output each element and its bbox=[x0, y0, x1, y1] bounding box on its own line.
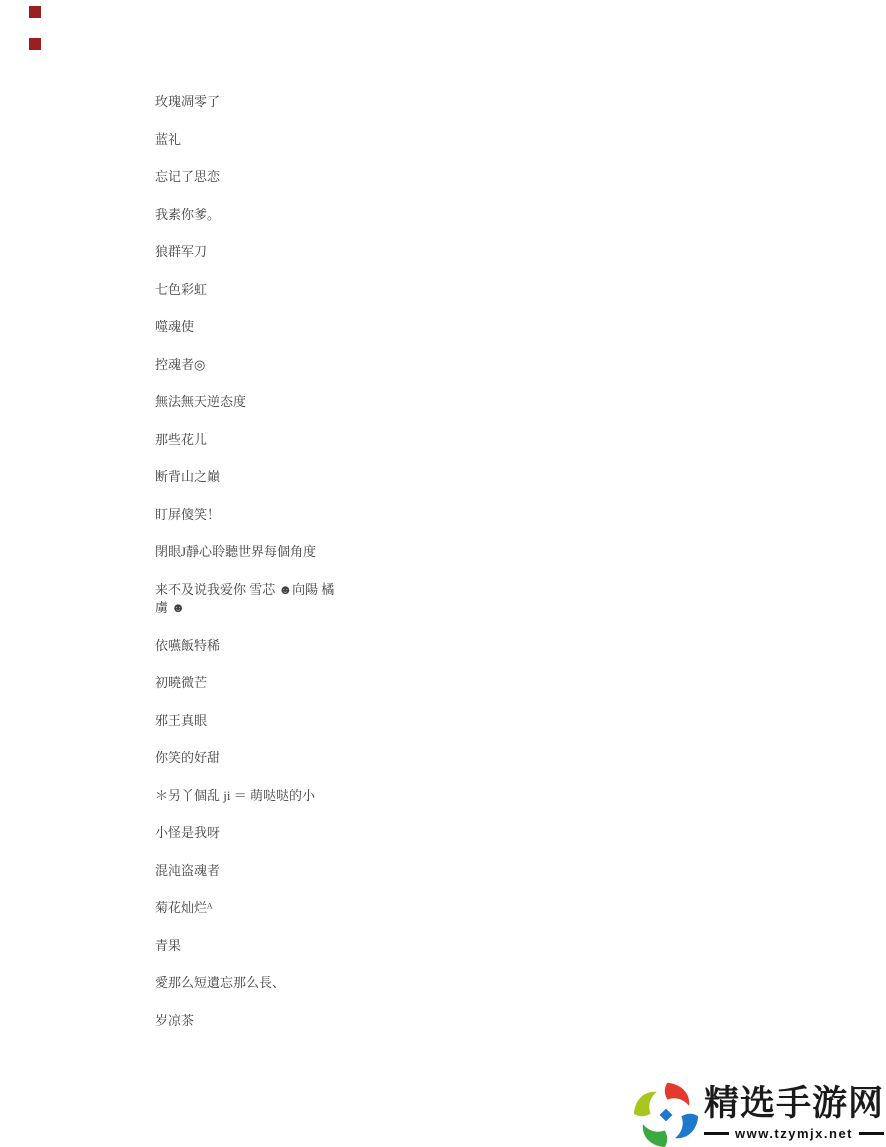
nickname-item: 無法無天逆态度 bbox=[155, 393, 415, 412]
nickname-item: 断背山之巔 bbox=[155, 468, 415, 487]
nickname-item: 我素你爹。 bbox=[155, 206, 415, 225]
nickname-item: 小怪是我呀 bbox=[155, 824, 415, 843]
nickname-item: 初曉微芒 bbox=[155, 674, 415, 693]
nickname-item: 忘记了思恋 bbox=[155, 168, 415, 187]
nickname-item: 邪王真眼 bbox=[155, 712, 415, 731]
site-url: www.tzymjx.net bbox=[735, 1126, 853, 1141]
nickname-item: 菊花灿烂ᴬ bbox=[155, 899, 415, 918]
site-url-row: www.tzymjx.net bbox=[704, 1126, 884, 1141]
nickname-item: 蓝礼 bbox=[155, 131, 415, 150]
nickname-item: 混沌盗魂者 bbox=[155, 862, 415, 881]
nickname-item: 噬魂使 bbox=[155, 318, 415, 337]
nickname-item: 青果 bbox=[155, 937, 415, 956]
nickname-item: 岁凉茶 bbox=[155, 1012, 415, 1031]
site-watermark: 精选手游网 www.tzymjx.net bbox=[631, 1077, 886, 1147]
watermark-text-block: 精选手游网 www.tzymjx.net bbox=[704, 1086, 886, 1147]
divider-line bbox=[704, 1132, 729, 1135]
site-name: 精选手游网 bbox=[704, 1086, 884, 1123]
nickname-item: 閉眼J靜心聆聽世界每個角度 bbox=[155, 543, 415, 562]
nickname-item: 你笑的好甜 bbox=[155, 749, 415, 768]
nickname-item: 依嚥飯特稀 bbox=[155, 637, 415, 656]
nickname-item: 愛那么短遺忘那么長、 bbox=[155, 974, 415, 993]
nickname-item: 盯屏傻笑！ bbox=[155, 506, 415, 525]
nickname-item: 控魂者◎ bbox=[155, 356, 415, 375]
red-square-marker bbox=[29, 38, 41, 50]
nickname-list: 玫瑰凋零了 蓝礼 忘记了思恋 我素你爹。 狼群军刀 七色彩虹 噬魂使 控魂者◎ … bbox=[155, 93, 415, 1049]
nickname-item: 七色彩虹 bbox=[155, 281, 415, 300]
divider-line bbox=[859, 1132, 884, 1135]
nickname-item: 来不及说我爱你 雪芯 ☻向陽 橘 虜 ☻ bbox=[155, 581, 415, 618]
nickname-item: 那些花儿 bbox=[155, 431, 415, 450]
nickname-item: 狼群军刀 bbox=[155, 243, 415, 262]
pinwheel-logo-icon bbox=[631, 1077, 701, 1147]
nickname-item: 玫瑰凋零了 bbox=[155, 93, 415, 112]
nickname-item: ＊另丫個乱 ji ＝ 萌哒哒的小 bbox=[155, 787, 415, 806]
red-square-marker bbox=[29, 6, 41, 18]
